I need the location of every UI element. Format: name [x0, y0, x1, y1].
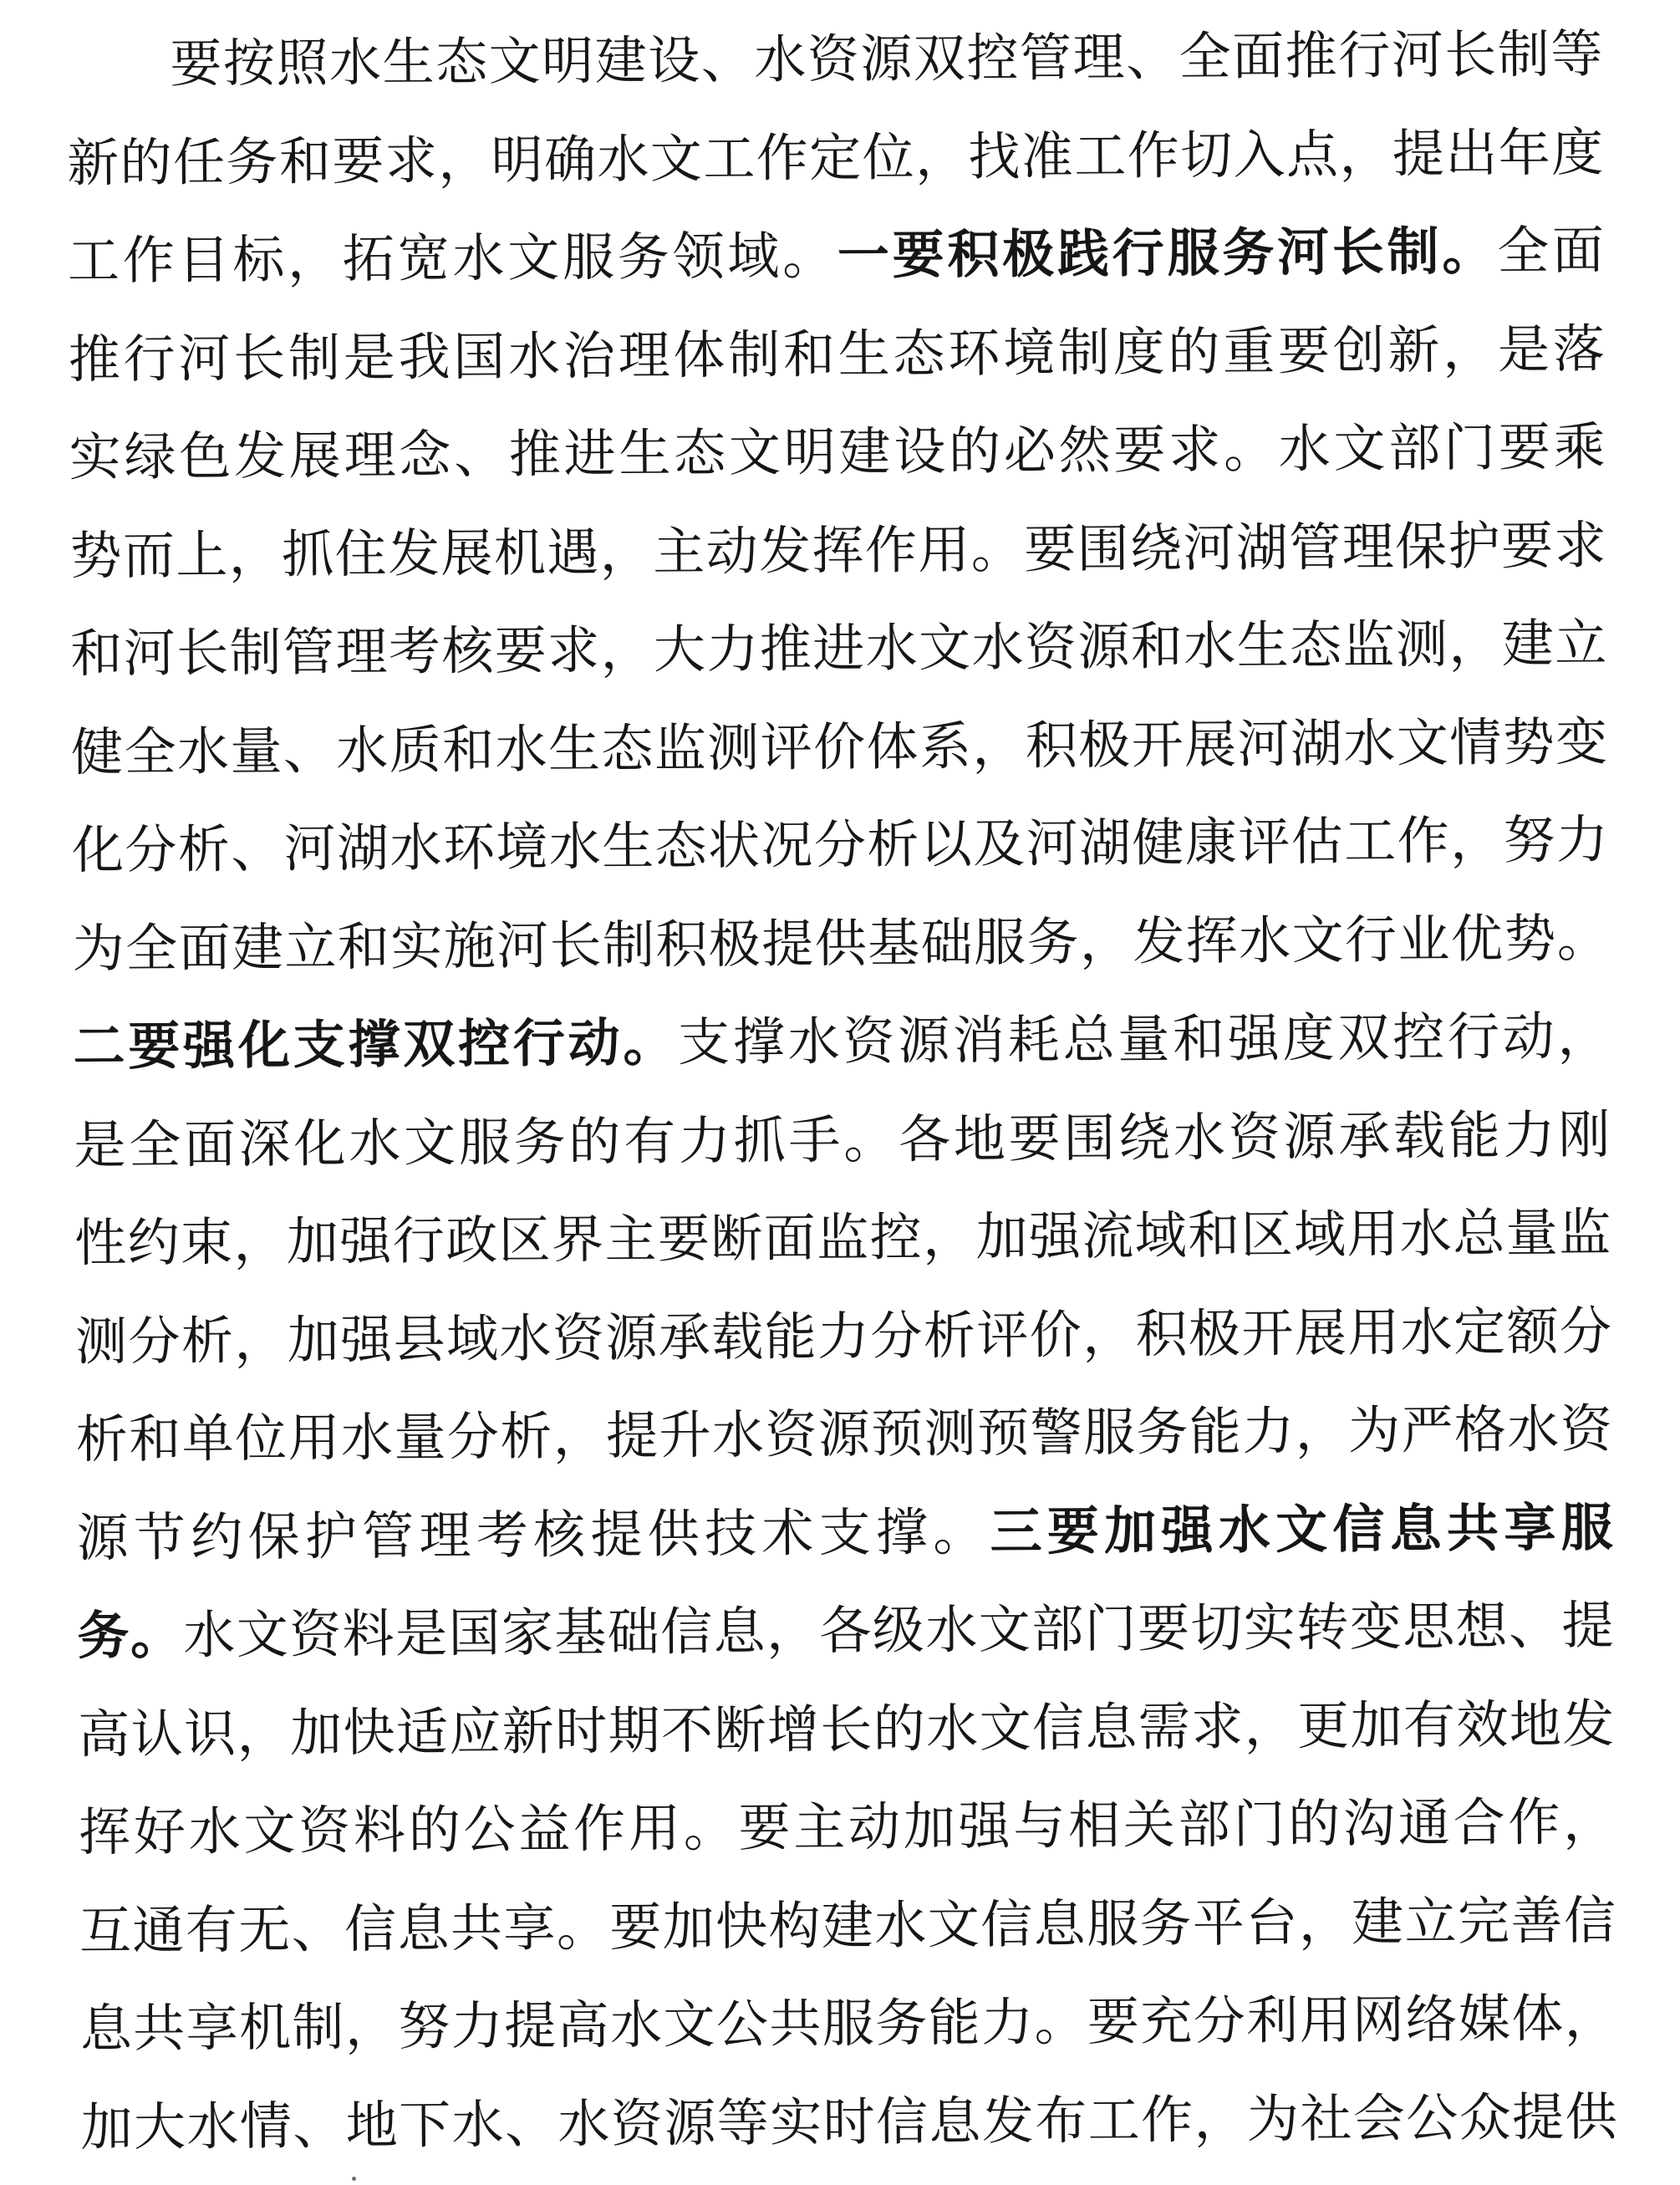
bold-heading-segment: 务。 — [77, 1608, 183, 1666]
text-line: 是全面深化水文服务的有力抓手。各地要围绕水资源承载能力刚 — [74, 1087, 1611, 1195]
text-line: 析和单位用水量分析，提升水资源预测预警服务能力，为严格水资 — [75, 1382, 1612, 1490]
text-line: 实绿色发展理念、推进生态文明建设的必然要求。水文部门要乘 — [69, 400, 1606, 508]
text-line: 性约束，加强行政区界主要断面监控，加强流域和区域用水总量监 — [74, 1185, 1611, 1294]
document-page: 要按照水生态文明建设、水资源双控管理、全面推行河长制等新的任务和要求，明确水文工… — [0, 0, 1680, 2185]
text-line: 势而上，抓住发展机遇，主动发挥作用。要围绕河湖管理保护要求 — [69, 497, 1606, 606]
paragraph-text: 要按照水生态文明建设、水资源双控管理、全面推行河长制等新的任务和要求，明确水文工… — [66, 7, 1617, 2178]
body-text-segment: 和河长制管理考核要求，大力推进水文水资源和水生态监测，建立 — [70, 616, 1606, 684]
text-line: 高认识，加快适应新时期不断增长的水文信息需求，更加有效地发 — [78, 1676, 1615, 1785]
text-line: 新的任务和要求，明确水文工作定位，找准工作切入点，提出年度 — [67, 104, 1604, 213]
text-line: 息共享机制，努力提高水文公共服务能力。要充分利用网络媒体， — [79, 1971, 1616, 2080]
body-text-segment: 化分析、河湖水环境水生态状况分析以及河湖健康评估工作，努力 — [72, 812, 1608, 880]
bold-heading-segment: 一要积极践行服务河长制。 — [837, 224, 1498, 286]
text-line: 源节约保护管理考核提供技术支撑。三要加强水文信息共享服 — [76, 1480, 1613, 1588]
body-text-segment: 全面 — [1497, 223, 1604, 281]
text-line: 要按照水生态文明建设、水资源双控管理、全面推行河长制等 — [66, 7, 1603, 115]
body-text-segment: 息共享机制，努力提高水文公共服务能力。要充分利用网络媒体， — [80, 1991, 1616, 2059]
text-line: 和河长制管理考核要求，大力推进水文水资源和水生态监测，建立 — [70, 596, 1607, 705]
body-text-segment: 是全面深化水文服务的有力抓手。各地要围绕水资源承载能力刚 — [74, 1107, 1610, 1174]
body-text-segment: 推行河长制是我国水治理体制和生态环境制度的重要创新，是落 — [69, 321, 1605, 389]
body-text-segment: 要按照水生态文明建设、水资源双控管理、全面推行河长制等 — [170, 27, 1602, 94]
body-text-segment: 性约束，加强行政区界主要断面监控，加强流域和区域用水总量监 — [74, 1205, 1611, 1273]
text-line: 为全面建立和实施河长制积极提供基础服务，发挥水文行业优势。 — [72, 890, 1609, 999]
text-line: 务。水文资料是国家基础信息，各级水文部门要切实转变思想、提 — [77, 1578, 1614, 1687]
text-line: 加大水情、地下水、水资源等实时信息发布工作，为社会公众提供 — [80, 2069, 1617, 2177]
text-line: 测分析，加强县域水资源承载能力分析评价，积极开展用水定额分 — [75, 1283, 1612, 1392]
bold-heading-segment: 三要加强水文信息共享服 — [990, 1500, 1613, 1561]
body-text-segment: 挥好水文资料的公益作用。要主动加强与相关部门的沟通合作， — [79, 1795, 1615, 1862]
body-text-segment: 互通有无、信息共享。要加快构建水文信息服务平台，建立完善信 — [79, 1892, 1616, 1960]
body-text-segment: 高认识，加快适应新时期不断增长的水文信息需求，更加有效地发 — [78, 1696, 1614, 1764]
body-text-segment: 析和单位用水量分析，提升水资源预测预警服务能力，为严格水资 — [76, 1402, 1612, 1469]
text-line: 互通有无、信息共享。要加快构建水文信息服务平台，建立完善信 — [79, 1872, 1616, 1981]
text-line: 二要强化支撑双控行动。支撑水资源消耗总量和强度双控行动， — [73, 989, 1610, 1098]
bold-heading-segment: 二要强化支撑双控行动。 — [73, 1015, 678, 1076]
text-line: 健全水量、水质和水生态监测评价体系，积极开展河湖水文情势变 — [71, 694, 1608, 802]
body-text-segment: 实绿色发展理念、推进生态文明建设的必然要求。水文部门要乘 — [69, 420, 1605, 487]
body-text-segment: 水文资料是国家基础信息，各级水文部门要切实转变思想、提 — [183, 1598, 1614, 1665]
body-text-segment: 工作目标，拓宽水文服务领域。 — [68, 228, 837, 290]
body-text-segment: 加大水情、地下水、水资源等实时信息发布工作，为社会公众提供 — [80, 2089, 1616, 2157]
body-text-segment: 测分析，加强县域水资源承载能力分析评价，积极开展用水定额分 — [75, 1303, 1611, 1371]
body-text-segment: 健全水量、水质和水生态监测评价体系，积极开展河湖水文情势变 — [71, 714, 1607, 782]
body-text-segment: 源节约保护管理考核提供技术支撑。 — [76, 1504, 990, 1567]
text-line: 推行河长制是我国水治理体制和生态环境制度的重要创新，是落 — [68, 301, 1605, 410]
body-text-segment: 新的任务和要求，明确水文工作定位，找准工作切入点，提出年度 — [67, 125, 1603, 192]
scan-artifact-dot — [352, 2177, 356, 2181]
text-line: 化分析、河湖水环境水生态状况分析以及河湖健康评估工作，努力 — [72, 792, 1609, 901]
text-line: 挥好水文资料的公益作用。要主动加强与相关部门的沟通合作， — [79, 1775, 1616, 1883]
body-text-segment: 为全面建立和实施河长制积极提供基础服务，发挥水文行业优势。 — [73, 910, 1609, 978]
text-line: 工作目标，拓宽水文服务领域。一要积极践行服务河长制。全面 — [68, 203, 1605, 312]
body-text-segment: 支撑水资源消耗总量和强度双控行动， — [678, 1009, 1610, 1072]
body-text-segment: 势而上，抓住发展机遇，主动发挥作用。要围绕河湖管理保护要求 — [69, 517, 1606, 585]
